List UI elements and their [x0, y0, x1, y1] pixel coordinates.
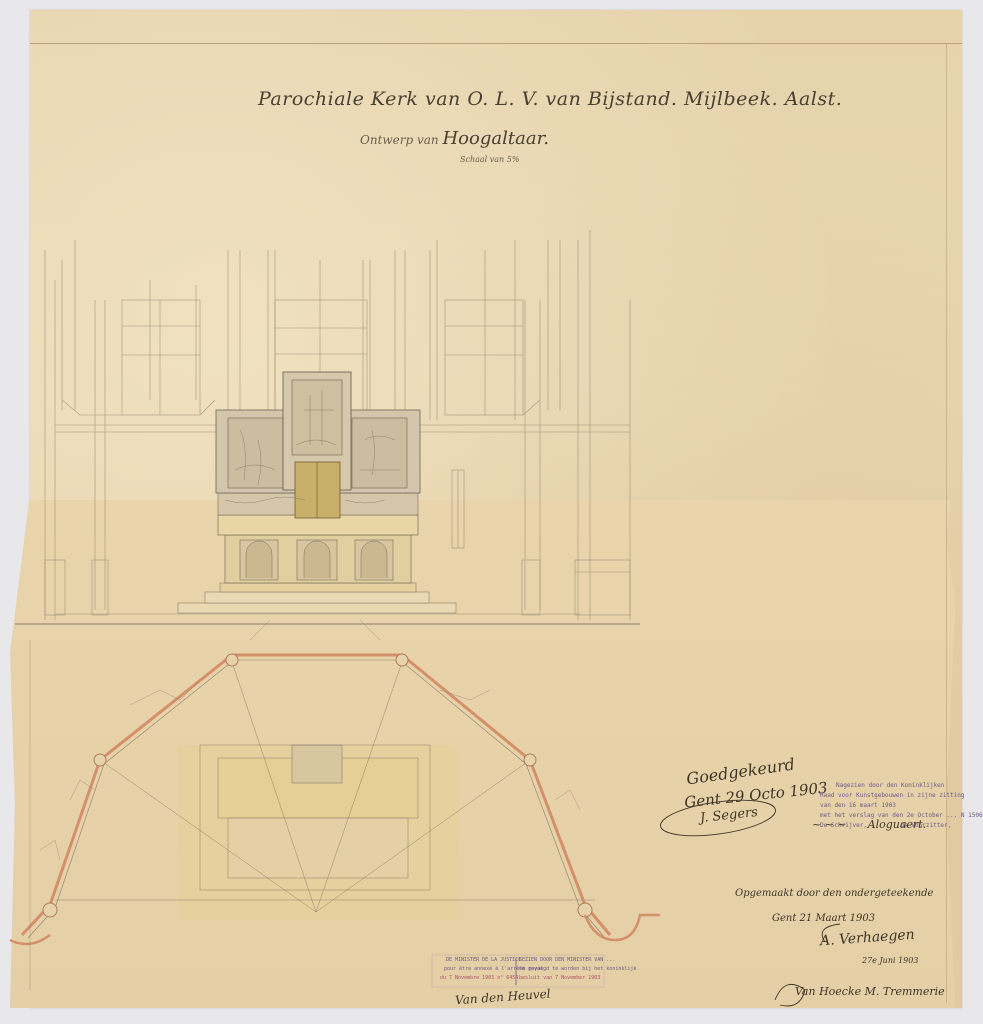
choir-floor-plan — [10, 620, 660, 990]
drafted-date: Gent 21 Maart 1903 — [772, 913, 875, 924]
ministry-stamp-right: GEZIEN DOOR DEN MINISTER VAN ... om gevo… — [519, 956, 636, 983]
architectural-drawing — [0, 0, 983, 1024]
high-altar-elevation — [178, 372, 456, 613]
commission-signatures: ~ ~ ~ Aloguaert. — [812, 818, 926, 831]
drafted-label: Opgemaakt door den ondergeteekende — [735, 888, 933, 899]
bottom-signatures: Van Hoecke M. Tremmerie — [795, 985, 945, 998]
second-date: 27e Juni 1903 — [862, 956, 918, 965]
